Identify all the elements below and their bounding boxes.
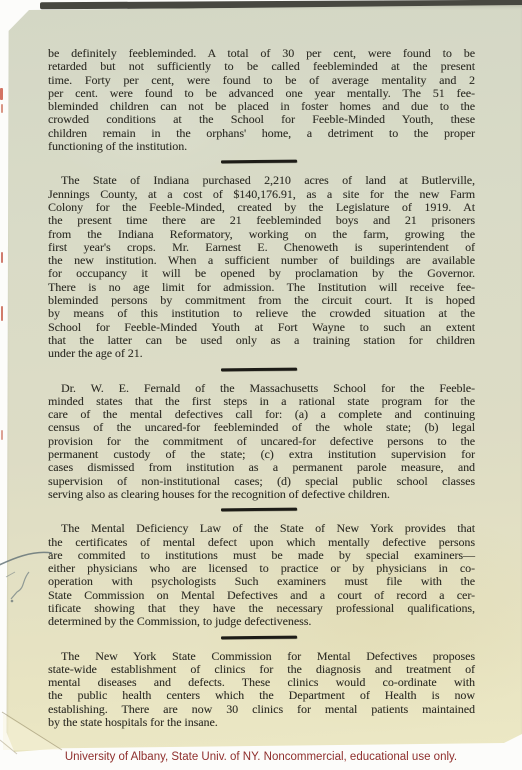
text-line: There is no age limit for admission. The… bbox=[48, 281, 475, 294]
paragraph: The New York State Commission for Mental… bbox=[48, 650, 475, 730]
text-line: minded states that the first steps in a … bbox=[48, 395, 475, 408]
text-line: State Commission on Mental Defectives an… bbox=[48, 589, 475, 602]
text-line: determined by the Commission, to judge d… bbox=[48, 615, 475, 628]
text-line: by the state hospitals for the insane. bbox=[48, 716, 475, 729]
text-line: either physicians who are licensed to pr… bbox=[48, 562, 475, 575]
text-line: state-wide establishment of clinics for … bbox=[48, 663, 475, 676]
text-line: The New York State Commission for Mental… bbox=[48, 650, 475, 663]
text-line: mental diseases and defects. These clini… bbox=[48, 676, 475, 689]
text-line: permanent custody of the state; (c) extr… bbox=[48, 448, 475, 461]
text-line: that the latter can be used only as a tr… bbox=[48, 334, 475, 347]
text-line: for occupancy it will be opened by procl… bbox=[48, 267, 475, 280]
text-line: School for Feeble-Minded Youth at Fort W… bbox=[48, 321, 475, 334]
text-line: the present time there are 21 feeblemind… bbox=[48, 214, 475, 227]
text-line: The State of Indiana purchased 2,210 acr… bbox=[48, 174, 475, 187]
text-line: by means of this institution to relieve … bbox=[48, 307, 475, 320]
copyright-notice: University of Albany, State Univ. of NY.… bbox=[0, 750, 522, 765]
text-line: time. Forty per cent, were found to be o… bbox=[48, 74, 475, 87]
text-line: care of the mental defectives call for: … bbox=[48, 408, 475, 421]
paragraph: Dr. W. E. Fernald of the Massachusetts S… bbox=[48, 382, 475, 502]
text-line: census of the uncared-for feebleminded o… bbox=[48, 421, 475, 434]
text-line: Jennings County, at a cost of $140,176.9… bbox=[48, 188, 475, 201]
text-line: Dr. W. E. Fernald of the Massachusetts S… bbox=[48, 382, 475, 395]
text-line: retarded but not sufficiently to be call… bbox=[48, 60, 475, 73]
text-line: The Mental Deficiency Law of the State o… bbox=[48, 522, 475, 535]
text-line: the public health centers which the Depa… bbox=[48, 689, 475, 702]
text-line: from the Indiana Reformatory, working on… bbox=[48, 228, 475, 241]
text-line: functioning of the institution. bbox=[48, 140, 475, 153]
section-divider bbox=[220, 367, 296, 371]
text-line: per cent. were found to be advanced one … bbox=[48, 87, 475, 100]
text-line: are commited to institutions must be mad… bbox=[48, 549, 475, 562]
text-line: bleminded children can not be placed in … bbox=[48, 100, 475, 113]
text-line: bleminded persons by commitment from the… bbox=[48, 294, 475, 307]
text-block: be definitely feebleminded. A total of 3… bbox=[48, 47, 475, 729]
text-line: tificate showing that they have the nece… bbox=[48, 602, 475, 615]
text-line: establishing. There are now 30 clinics f… bbox=[48, 703, 475, 716]
text-line: supervision of non-institutional cases; … bbox=[48, 475, 475, 488]
section-divider bbox=[220, 160, 296, 164]
text-line: under the age of 21. bbox=[48, 347, 475, 360]
paragraph: be definitely feebleminded. A total of 3… bbox=[48, 47, 475, 153]
text-line: operation with psychologists Such examin… bbox=[48, 575, 475, 588]
scan-edge-artifact bbox=[1, 252, 3, 263]
text-line: children remain in the orphans' home, a … bbox=[48, 127, 475, 140]
text-line: serving also as clearing houses for the … bbox=[48, 488, 475, 501]
paragraph: The State of Indiana purchased 2,210 acr… bbox=[48, 174, 475, 360]
scan-edge-artifact bbox=[1, 104, 3, 113]
scan-edge-artifact bbox=[0, 88, 3, 100]
text-line: first year's crops. Mr. Earnest E. Cheno… bbox=[48, 241, 475, 254]
scan-edge-artifact bbox=[1, 306, 3, 321]
text-line: the certificates of mental defect upon w… bbox=[48, 536, 475, 549]
section-divider bbox=[220, 635, 296, 639]
scanned-page-background: be definitely feebleminded. A total of 3… bbox=[0, 0, 522, 770]
text-line: be definitely feebleminded. A total of 3… bbox=[48, 47, 475, 60]
text-line: provision for the commitment of uncared-… bbox=[48, 435, 475, 448]
text-line: cases dismissed from institution as a pe… bbox=[48, 461, 475, 474]
paragraph: The Mental Deficiency Law of the State o… bbox=[48, 522, 475, 628]
text-line: Colony for the Feeble-Minded, created by… bbox=[48, 201, 475, 214]
text-line: crowded conditions at the School for Fee… bbox=[48, 113, 475, 126]
section-divider bbox=[220, 508, 296, 512]
scan-edge-artifact bbox=[1, 430, 3, 440]
text-line: the new institution. When a sufficient n… bbox=[48, 254, 475, 267]
